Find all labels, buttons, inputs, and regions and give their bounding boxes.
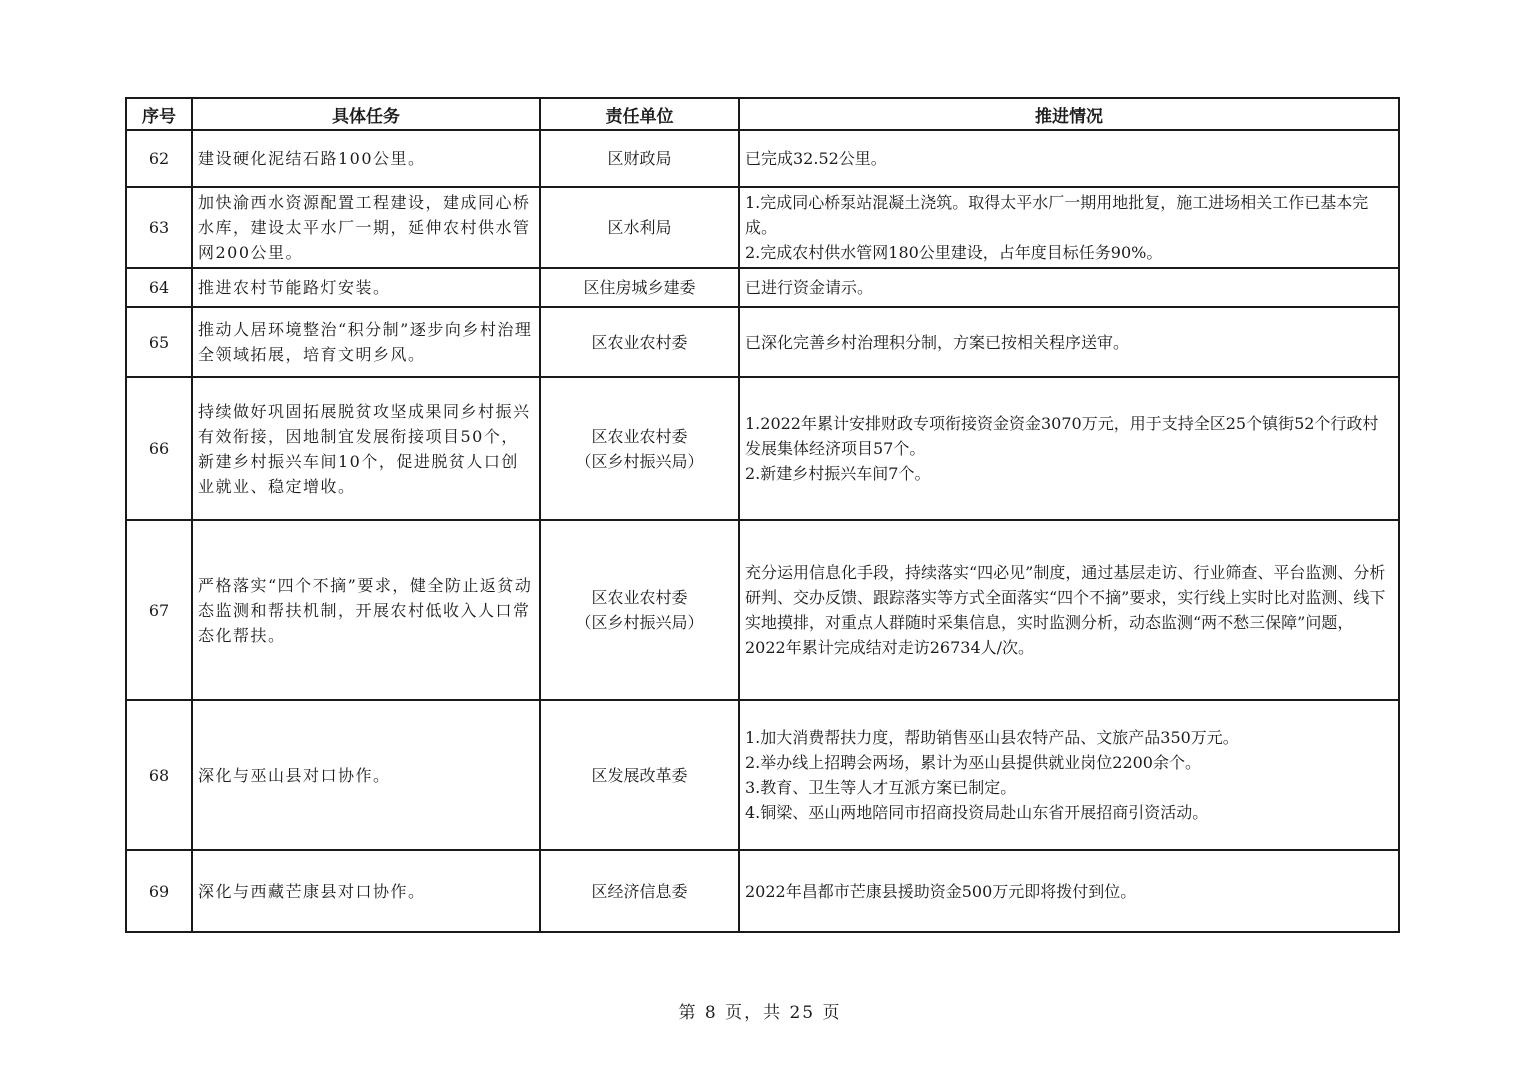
progress-line: 2.完成农村供水管网180公里建设，占年度目标任务90%。 — [745, 240, 1393, 265]
task-cell: 深化与西藏芒康县对口协作。 — [192, 850, 540, 932]
task-cell: 推进农村节能路灯安装。 — [192, 268, 540, 307]
unit-cell: 区水利局 — [540, 187, 739, 268]
table-header-row: 序号 具体任务 责任单位 推进情况 — [126, 98, 1399, 130]
unit-line: 区农业农村委 — [546, 424, 733, 449]
unit-cell: 区经济信息委 — [540, 850, 739, 932]
task-cell: 建设硬化泥结石路100公里。 — [192, 130, 540, 187]
unit-line: 区水利局 — [546, 215, 733, 240]
table-row: 64 推进农村节能路灯安装。 区住房城乡建委 已进行资金请示。 — [126, 268, 1399, 307]
progress-line: 已进行资金请示。 — [745, 275, 1393, 300]
task-cell: 深化与巫山县对口协作。 — [192, 700, 540, 850]
table-row: 66 持续做好巩固拓展脱贫攻坚成果同乡村振兴有效衔接，因地制宜发展衔接项目50个… — [126, 377, 1399, 520]
unit-line: （区乡村振兴局） — [546, 449, 733, 474]
table-row: 69 深化与西藏芒康县对口协作。 区经济信息委 2022年昌都市芒康县援助资金5… — [126, 850, 1399, 932]
row-number: 66 — [126, 377, 192, 520]
header-progress: 推进情况 — [739, 98, 1399, 130]
unit-line: 区经济信息委 — [546, 879, 733, 904]
unit-cell: 区农业农村委 （区乡村振兴局） — [540, 520, 739, 700]
table-row: 63 加快渝西水资源配置工程建设，建成同心桥水库，建设太平水厂一期，延伸农村供水… — [126, 187, 1399, 268]
progress-table: 序号 具体任务 责任单位 推进情况 62 建设硬化泥结石路100公里。 区财政局… — [125, 97, 1400, 933]
progress-line: 2.举办线上招聘会两场，累计为巫山县提供就业岗位2200余个。 — [745, 750, 1393, 775]
progress-line: 充分运用信息化手段，持续落实“四必见”制度，通过基层走访、行业筛查、平台监测、分… — [745, 560, 1393, 660]
unit-cell: 区住房城乡建委 — [540, 268, 739, 307]
progress-cell: 1.2022年累计安排财政专项衔接资金资金3070万元，用于支持全区25个镇街5… — [739, 377, 1399, 520]
unit-line: 区农业农村委 — [546, 585, 733, 610]
row-number: 65 — [126, 307, 192, 377]
table-row: 65 推动人居环境整治“积分制”逐步向乡村治理全领域拓展，培育文明乡风。 区农业… — [126, 307, 1399, 377]
row-number: 63 — [126, 187, 192, 268]
unit-cell: 区发展改革委 — [540, 700, 739, 850]
table-row: 67 严格落实“四个不摘”要求，健全防止返贫动态监测和帮扶机制，开展农村低收入人… — [126, 520, 1399, 700]
unit-cell: 区财政局 — [540, 130, 739, 187]
progress-line: 1.完成同心桥泵站混凝土浇筑。取得太平水厂一期用地批复，施工进场相关工作已基本完… — [745, 190, 1393, 240]
task-cell: 严格落实“四个不摘”要求，健全防止返贫动态监测和帮扶机制，开展农村低收入人口常态… — [192, 520, 540, 700]
unit-line: 区住房城乡建委 — [546, 275, 733, 300]
row-number: 64 — [126, 268, 192, 307]
progress-line: 已深化完善乡村治理积分制，方案已按相关程序送审。 — [745, 330, 1393, 355]
progress-cell: 1.完成同心桥泵站混凝土浇筑。取得太平水厂一期用地批复，施工进场相关工作已基本完… — [739, 187, 1399, 268]
progress-line: 1.2022年累计安排财政专项衔接资金资金3070万元，用于支持全区25个镇街5… — [745, 411, 1393, 461]
row-number: 62 — [126, 130, 192, 187]
unit-line: 区农业农村委 — [546, 330, 733, 355]
progress-line: 2.新建乡村振兴车间7个。 — [745, 461, 1393, 486]
progress-cell: 2022年昌都市芒康县援助资金500万元即将拨付到位。 — [739, 850, 1399, 932]
row-number: 69 — [126, 850, 192, 932]
progress-cell: 1.加大消费帮扶力度，帮助销售巫山县农特产品、文旅产品350万元。 2.举办线上… — [739, 700, 1399, 850]
progress-line: 2022年昌都市芒康县援助资金500万元即将拨付到位。 — [745, 879, 1393, 904]
progress-line: 1.加大消费帮扶力度，帮助销售巫山县农特产品、文旅产品350万元。 — [745, 725, 1393, 750]
progress-cell: 已深化完善乡村治理积分制，方案已按相关程序送审。 — [739, 307, 1399, 377]
progress-cell: 已进行资金请示。 — [739, 268, 1399, 307]
progress-line: 已完成32.52公里。 — [745, 146, 1393, 171]
table-row: 68 深化与巫山县对口协作。 区发展改革委 1.加大消费帮扶力度，帮助销售巫山县… — [126, 700, 1399, 850]
task-cell: 加快渝西水资源配置工程建设，建成同心桥水库，建设太平水厂一期，延伸农村供水管网2… — [192, 187, 540, 268]
task-cell: 推动人居环境整治“积分制”逐步向乡村治理全领域拓展，培育文明乡风。 — [192, 307, 540, 377]
row-number: 68 — [126, 700, 192, 850]
progress-cell: 充分运用信息化手段，持续落实“四必见”制度，通过基层走访、行业筛查、平台监测、分… — [739, 520, 1399, 700]
header-no: 序号 — [126, 98, 192, 130]
row-number: 67 — [126, 520, 192, 700]
header-task: 具体任务 — [192, 98, 540, 130]
progress-line: 4.铜梁、巫山两地陪同市招商投资局赴山东省开展招商引资活动。 — [745, 800, 1393, 825]
page-number-footer: 第 8 页，共 25 页 — [0, 998, 1520, 1023]
header-unit: 责任单位 — [540, 98, 739, 130]
unit-cell: 区农业农村委 — [540, 307, 739, 377]
unit-cell: 区农业农村委 （区乡村振兴局） — [540, 377, 739, 520]
unit-line: 区发展改革委 — [546, 763, 733, 788]
progress-cell: 已完成32.52公里。 — [739, 130, 1399, 187]
unit-line: 区财政局 — [546, 146, 733, 171]
table-row: 62 建设硬化泥结石路100公里。 区财政局 已完成32.52公里。 — [126, 130, 1399, 187]
unit-line: （区乡村振兴局） — [546, 610, 733, 635]
task-cell: 持续做好巩固拓展脱贫攻坚成果同乡村振兴有效衔接，因地制宜发展衔接项目50个，新建… — [192, 377, 540, 520]
progress-line: 3.教育、卫生等人才互派方案已制定。 — [745, 775, 1393, 800]
